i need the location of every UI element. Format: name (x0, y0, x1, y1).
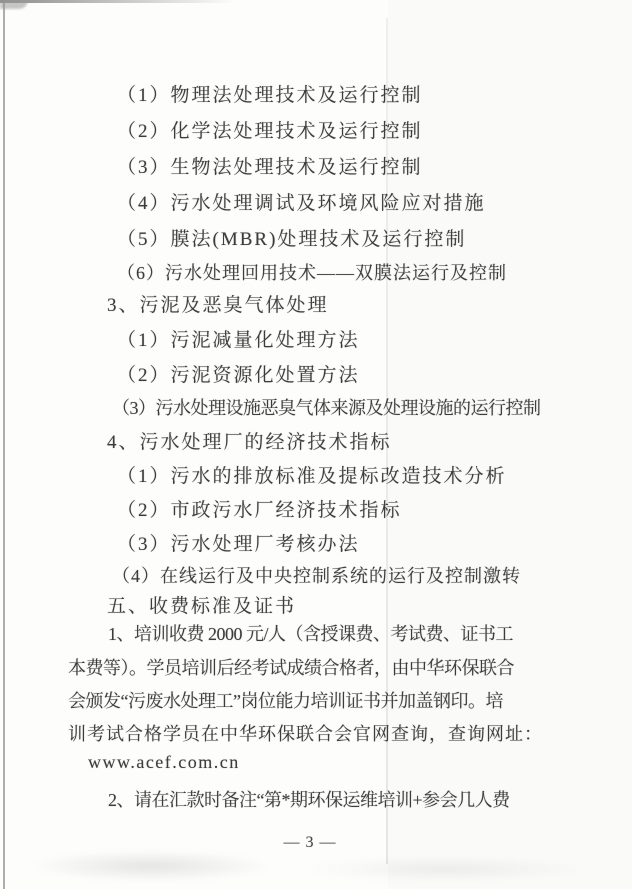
text-line: （3）生物法处理技术及运行控制 (117, 152, 423, 179)
scan-bottom-shadow (300, 856, 590, 882)
text-line: （5）膜法(MBR)处理技术及运行控制 (117, 224, 466, 251)
text-line: （2）化学法处理技术及运行控制 (117, 116, 423, 143)
text-line: （3）污水处理设施恶臭气体来源及处理设施的运行控制 (112, 394, 541, 420)
text-line: （2）市政污水厂经济技术指标 (117, 495, 402, 522)
text-line: （3）污水处理厂考核办法 (117, 529, 360, 556)
section-heading: 3、污泥及恶臭气体处理 (107, 290, 329, 317)
scan-bottom-shadow (28, 850, 273, 882)
text-line: （4）污水处理调试及环境风险应对措施 (117, 188, 486, 215)
paragraph-line: 训考试合格学员在中华环保联合会官网查询，查询网址： (68, 720, 543, 746)
paragraph-line: 1、培训收费 2000 元/人（含授课费、考试费、证书工 (108, 620, 513, 646)
text-line: （1）污泥减量化处理方法 (117, 325, 360, 352)
page-number: — 3 — (0, 834, 620, 852)
scan-top-edge (0, 0, 235, 3)
section-heading: 4、污水处理厂的经济技术指标 (107, 427, 392, 454)
paragraph-line: 2、请在汇款时备注“第*期环保运维培训+参会几人费 (108, 786, 510, 812)
scanned-document-page: （1）物理法处理技术及运行控制 （2）化学法处理技术及运行控制 （3）生物法处理… (0, 0, 632, 896)
scan-corner-shadow (0, 0, 28, 9)
website-url-text: www.acef.com.cn (88, 752, 240, 773)
paragraph-line: 会颁发“污废水处理工”岗位能力培训证书并加盖钢印。培 (68, 687, 503, 713)
text-line: （2）污泥资源化处置方法 (117, 360, 360, 387)
text-line: （1）污水的排放标准及提标改造技术分析 (117, 461, 507, 488)
scan-bottom-edge (0, 889, 632, 896)
paper-shade (388, 0, 632, 896)
text-line: （4）在线运行及中央控制系统的运行及控制激转 (112, 562, 521, 588)
scan-left-edge (3, 0, 5, 896)
text-line: （1）物理法处理技术及运行控制 (117, 80, 423, 107)
paragraph-line: 本费等）。学员培训后经考试成绩合格者，由中华环保联合 (68, 654, 514, 680)
text-line: （6）污水处理回用技术——双膜法运行及控制 (117, 259, 507, 285)
section-heading: 五、收费标准及证书 (107, 591, 296, 618)
